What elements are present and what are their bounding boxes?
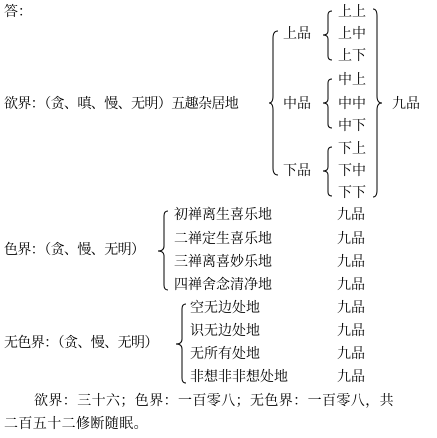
grade-middle: 中品 bbox=[283, 96, 311, 112]
sub-grade: 下下 bbox=[338, 185, 366, 201]
form-realm-brace-icon bbox=[157, 210, 171, 292]
form-ground: 三禅离喜妙乐地 bbox=[174, 254, 272, 270]
sub-grade: 中下 bbox=[338, 118, 366, 134]
desire-total-brace-icon bbox=[372, 8, 384, 198]
formless-grade: 九品 bbox=[337, 323, 365, 339]
desire-realm-label: 欲界：（贪、嗔、慢、无明）五趣杂居地 bbox=[4, 96, 238, 112]
form-realm-label: 色界：（贪、慢、无明） bbox=[4, 242, 144, 258]
middle-grade-brace-icon bbox=[322, 78, 334, 130]
sub-grade: 上中 bbox=[338, 26, 366, 42]
sub-grade: 上下 bbox=[338, 48, 366, 64]
form-ground: 初禅离生喜乐地 bbox=[174, 207, 272, 223]
summary-line-1: 欲界：三十六；色界：一百零八；无色界：一百零八，共 bbox=[34, 393, 394, 409]
sub-grade: 中上 bbox=[338, 72, 366, 88]
formless-grade: 九品 bbox=[337, 369, 365, 385]
formless-realm-label: 无色界：（贪、慢、无明） bbox=[4, 335, 158, 351]
form-grade: 九品 bbox=[337, 231, 365, 247]
desire-total: 九品 bbox=[392, 96, 420, 112]
lower-grade-brace-icon bbox=[322, 146, 334, 198]
form-grade: 九品 bbox=[337, 277, 365, 293]
formless-ground: 无所有处地 bbox=[190, 346, 260, 362]
formless-ground: 非想非非想处地 bbox=[190, 369, 288, 385]
sub-grade: 上上 bbox=[338, 4, 366, 20]
summary-line-2: 二百五十二修断随眠。 bbox=[4, 416, 148, 432]
formless-grade: 九品 bbox=[337, 346, 365, 362]
grade-upper: 上品 bbox=[283, 26, 311, 42]
answer-label: 答： bbox=[4, 4, 32, 20]
formless-realm-brace-icon bbox=[175, 303, 189, 385]
formless-ground: 识无边处地 bbox=[190, 323, 260, 339]
grade-lower: 下品 bbox=[283, 163, 311, 179]
form-ground: 二禅定生喜乐地 bbox=[174, 231, 272, 247]
upper-grade-brace-icon bbox=[322, 10, 334, 62]
sub-grade: 下中 bbox=[338, 163, 366, 179]
desire-realm-brace-icon bbox=[268, 30, 280, 176]
form-grade: 九品 bbox=[337, 207, 365, 223]
sub-grade: 下上 bbox=[338, 141, 366, 157]
form-grade: 九品 bbox=[337, 254, 365, 270]
formless-grade: 九品 bbox=[337, 300, 365, 316]
sub-grade: 中中 bbox=[338, 96, 366, 112]
formless-ground: 空无边处地 bbox=[190, 300, 260, 316]
form-ground: 四禅舍念清净地 bbox=[174, 277, 272, 293]
